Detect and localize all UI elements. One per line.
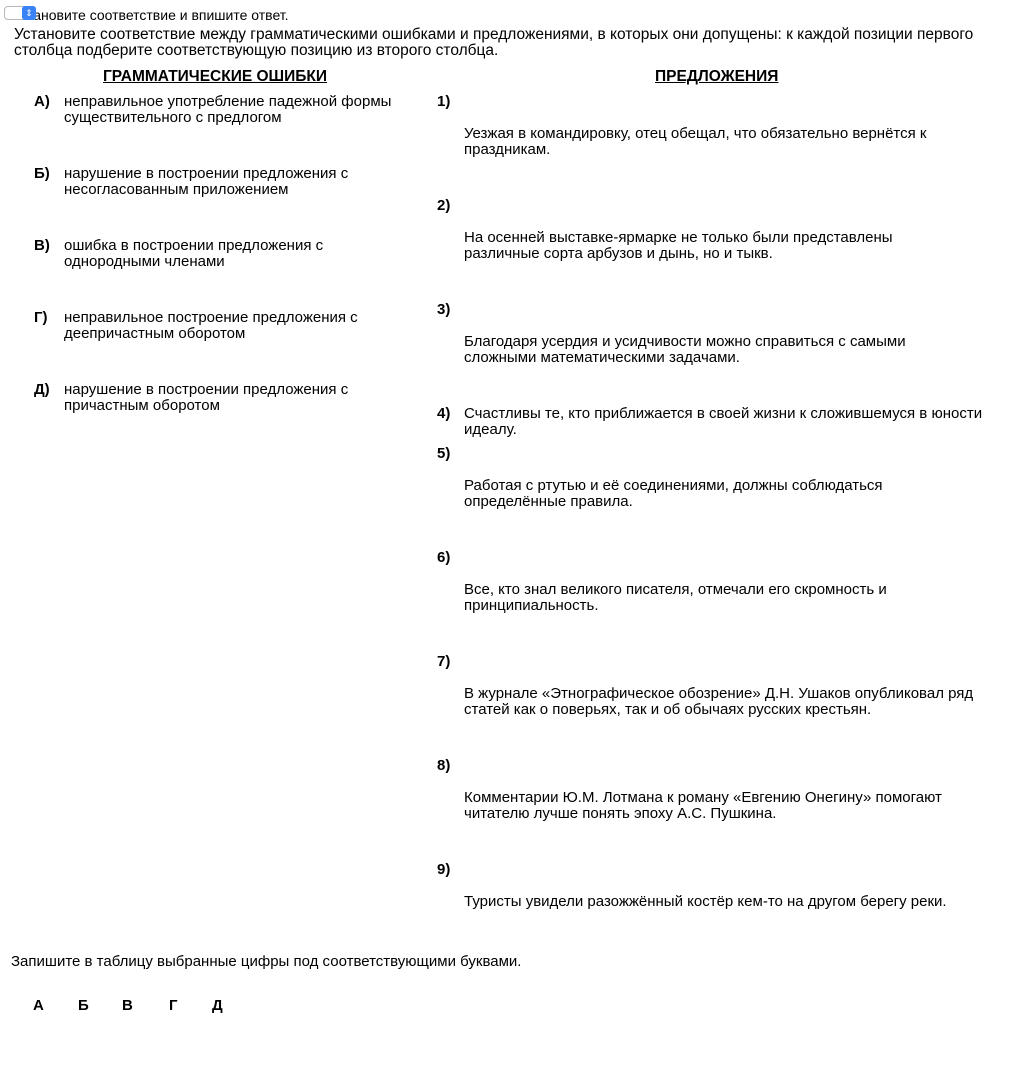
answer-instruction: Запишите в таблицу выбранные цифры под с… xyxy=(11,953,521,970)
error-text: нарушение в построении предложения с нес… xyxy=(64,166,404,198)
sentence-text: Уезжая в командировку, отец обещал, что … xyxy=(464,126,1004,158)
sentence-text: Работая с ртутью и её соединениями, долж… xyxy=(464,478,944,510)
sentence-number: 7) xyxy=(437,654,450,670)
sentence-number: 6) xyxy=(437,550,450,566)
task-intro: Установите соответствие между грамматиче… xyxy=(14,27,1004,59)
sentence-number: 2) xyxy=(437,198,450,214)
answer-letter: А xyxy=(33,997,44,1014)
sentence-text: Туристы увидели разожжённый костёр кем-т… xyxy=(464,894,1014,910)
error-text: нарушение в построении предложения с при… xyxy=(64,382,404,414)
stepper-chevrons-icon: ⇕ xyxy=(22,6,36,20)
sentence-number: 3) xyxy=(437,302,450,318)
sentence-number: 8) xyxy=(437,758,450,774)
answer-letter: В xyxy=(122,997,133,1014)
error-label: В) xyxy=(34,238,50,254)
sentence-text: Комментарии Ю.М. Лотмана к роману «Евген… xyxy=(464,790,1004,822)
sentence-number: 4) xyxy=(437,406,450,422)
sentence-number: 9) xyxy=(437,862,450,878)
error-text: неправильное употребление падежной формы… xyxy=(64,94,404,126)
answer-letter: Д xyxy=(212,997,223,1014)
sentence-text: Все, кто знал великого писателя, отмечал… xyxy=(464,582,954,614)
error-label: Б) xyxy=(34,166,50,182)
error-text: ошибка в построении предложения с одноро… xyxy=(64,238,354,270)
error-label: Д) xyxy=(34,382,50,398)
task-select[interactable]: ⇕ xyxy=(4,6,36,20)
answer-letter: Г xyxy=(169,997,178,1014)
sentence-text: На осенней выставке-ярмарке не только бы… xyxy=(464,230,954,262)
sentence-text: В журнале «Этнографическое обозрение» Д.… xyxy=(464,686,1004,718)
answer-letter: Б xyxy=(78,997,89,1014)
error-label: А) xyxy=(34,94,50,110)
right-column-title: ПРЕДЛОЖЕНИЯ xyxy=(655,68,778,86)
error-text: неправильное построение предложения с де… xyxy=(64,310,404,342)
left-column-title: ГРАММАТИЧЕСКИЕ ОШИБКИ xyxy=(103,68,327,86)
error-label: Г) xyxy=(34,310,48,326)
task-instruction: Установите соответствие и впишите ответ. xyxy=(12,6,289,24)
sentence-text: Счастливы те, кто приближается в своей ж… xyxy=(464,406,1004,438)
sentence-text: Благодаря усердия и усидчивости можно сп… xyxy=(464,334,964,366)
sentence-number: 5) xyxy=(437,446,450,462)
sentence-number: 1) xyxy=(437,94,450,110)
